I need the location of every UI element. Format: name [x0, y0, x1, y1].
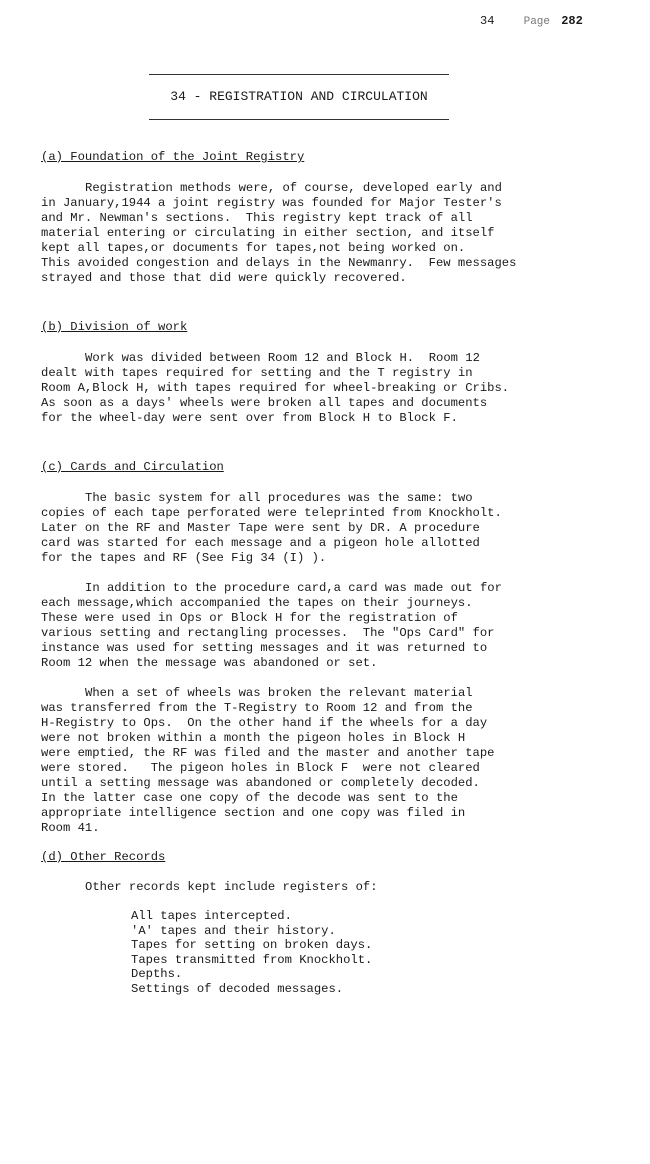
- section-foundation: (a) Foundation of the Joint Registry Reg…: [41, 150, 641, 286]
- list-item: 'A' tapes and their history.: [131, 924, 641, 939]
- page-title: 34 - REGISTRATION AND CIRCULATION: [149, 89, 449, 104]
- paragraph: In addition to the procedure card,a card…: [41, 581, 641, 671]
- document-body: (a) Foundation of the Joint Registry Reg…: [41, 150, 641, 996]
- section-other-records: (d) Other Records Other records kept inc…: [41, 850, 641, 996]
- paragraph: Work was divided between Room 12 and Blo…: [41, 351, 641, 426]
- section-heading: (b) Division of work: [41, 320, 641, 335]
- page-label: Page: [524, 16, 550, 28]
- paragraph: The basic system for all procedures was …: [41, 491, 641, 566]
- list-item: Tapes for setting on broken days.: [131, 938, 641, 953]
- title-rule-top: [149, 74, 449, 75]
- section-number: 34: [480, 14, 494, 28]
- section-heading: (a) Foundation of the Joint Registry: [41, 150, 641, 165]
- list-item: All tapes intercepted.: [131, 909, 641, 924]
- title-rule-bottom: [149, 119, 449, 120]
- list-item: Settings of decoded messages.: [131, 982, 641, 997]
- list-item: Depths.: [131, 967, 641, 982]
- section-division-of-work: (b) Division of work Work was divided be…: [41, 320, 641, 426]
- section-heading: (c) Cards and Circulation: [41, 460, 641, 475]
- section-cards-and-circulation: (c) Cards and Circulation The basic syst…: [41, 460, 641, 836]
- paragraph: When a set of wheels was broken the rele…: [41, 686, 641, 836]
- paragraph: Other records kept include registers of:: [41, 880, 641, 895]
- page-value: 282: [561, 14, 583, 28]
- records-list: All tapes intercepted.'A' tapes and thei…: [131, 909, 641, 996]
- paragraph: Registration methods were, of course, de…: [41, 181, 641, 286]
- page-number: 34 Page 282: [480, 14, 583, 28]
- list-item: Tapes transmitted from Knockholt.: [131, 953, 641, 968]
- section-heading: (d) Other Records: [41, 850, 641, 865]
- title-block: 34 - REGISTRATION AND CIRCULATION: [149, 74, 449, 120]
